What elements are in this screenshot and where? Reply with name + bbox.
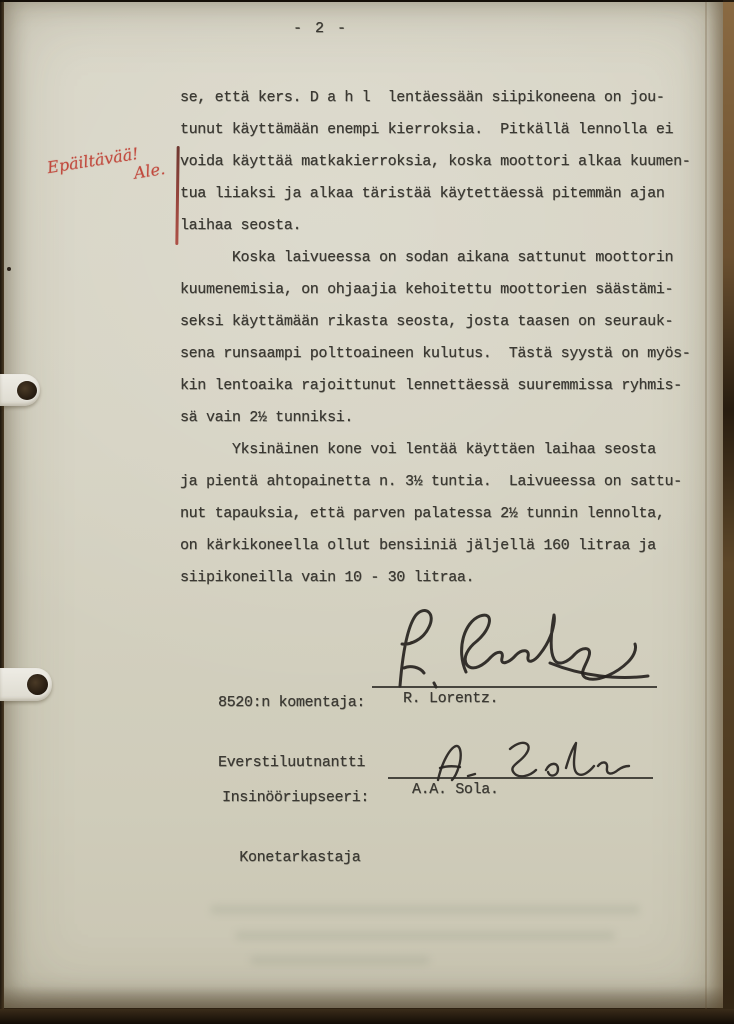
bleedthrough-smudge (250, 956, 430, 965)
signature-ink-lorentz (370, 606, 670, 696)
binding-hole-top (17, 381, 37, 400)
engineer-role-line1: Insinööriupseeri: (222, 788, 369, 808)
typed-line: tua liiaksi ja alkaa täristää käytettäes… (180, 178, 690, 210)
typed-line: laihaa seosta. (180, 210, 690, 242)
typed-line: Koska laivueessa on sodan aikana sattunu… (180, 242, 690, 274)
typed-line: nut tapauksia, että parven palatessa 2½ … (180, 498, 690, 530)
typed-line: sena runsaampi polttoaineen kulutus. Täs… (180, 338, 690, 370)
typed-line: kin lentoaika rajoittunut lennettäessä s… (180, 370, 690, 402)
scan-background-top (0, 0, 734, 2)
typed-line: tunut käyttämään enempi kierroksia. Pitk… (180, 114, 690, 146)
page-edge-shadow (707, 0, 723, 1024)
typed-line: siipikoneilla vain 10 - 30 litraa. (180, 562, 690, 594)
typed-name-engineer: A.A. Sola. (412, 781, 499, 798)
typed-line: se, että kers. D a h l lentäessään siipi… (180, 82, 690, 114)
signature-block-engineer: Insinööriupseeri: Konetarkastaja (222, 748, 369, 888)
bottom-page-shadow (0, 986, 734, 1010)
commander-role-line1: 8520:n komentaja: (218, 693, 365, 713)
scan-speck (7, 267, 11, 271)
bleedthrough-smudge (235, 931, 615, 940)
typed-body: se, että kers. D a h l lentäessään siipi… (180, 82, 690, 594)
engineer-role-line2: Konetarkastaja (222, 848, 369, 868)
typed-line: voida käyttää matkakierroksia, koska moo… (180, 146, 690, 178)
typed-line: sä vain 2½ tunniksi. (180, 402, 690, 434)
scan-background-left (0, 0, 4, 1024)
scan-speck (410, 641, 413, 644)
scan-background-right (723, 0, 734, 1024)
typed-line: Yksinäinen kone voi lentää käyttäen laih… (180, 434, 690, 466)
signature-line-commander (372, 686, 657, 688)
scan-background-bottom (0, 1009, 734, 1024)
binding-hole-bottom (27, 674, 48, 695)
typed-line: ja pientä ahtopainetta n. 3½ tuntia. Lai… (180, 466, 690, 498)
typed-line: seksi käyttämään rikasta seosta, josta t… (180, 306, 690, 338)
typed-line: kuumenemisia, on ohjaajia kehoitettu moo… (180, 274, 690, 306)
bleedthrough-smudge (210, 905, 640, 914)
signature-line-engineer (388, 777, 653, 779)
typed-name-commander: R. Lorentz. (403, 690, 498, 707)
typed-line: on kärkikoneella ollut bensiiniä jäljell… (180, 530, 690, 562)
page-number: - 2 - (293, 20, 348, 37)
